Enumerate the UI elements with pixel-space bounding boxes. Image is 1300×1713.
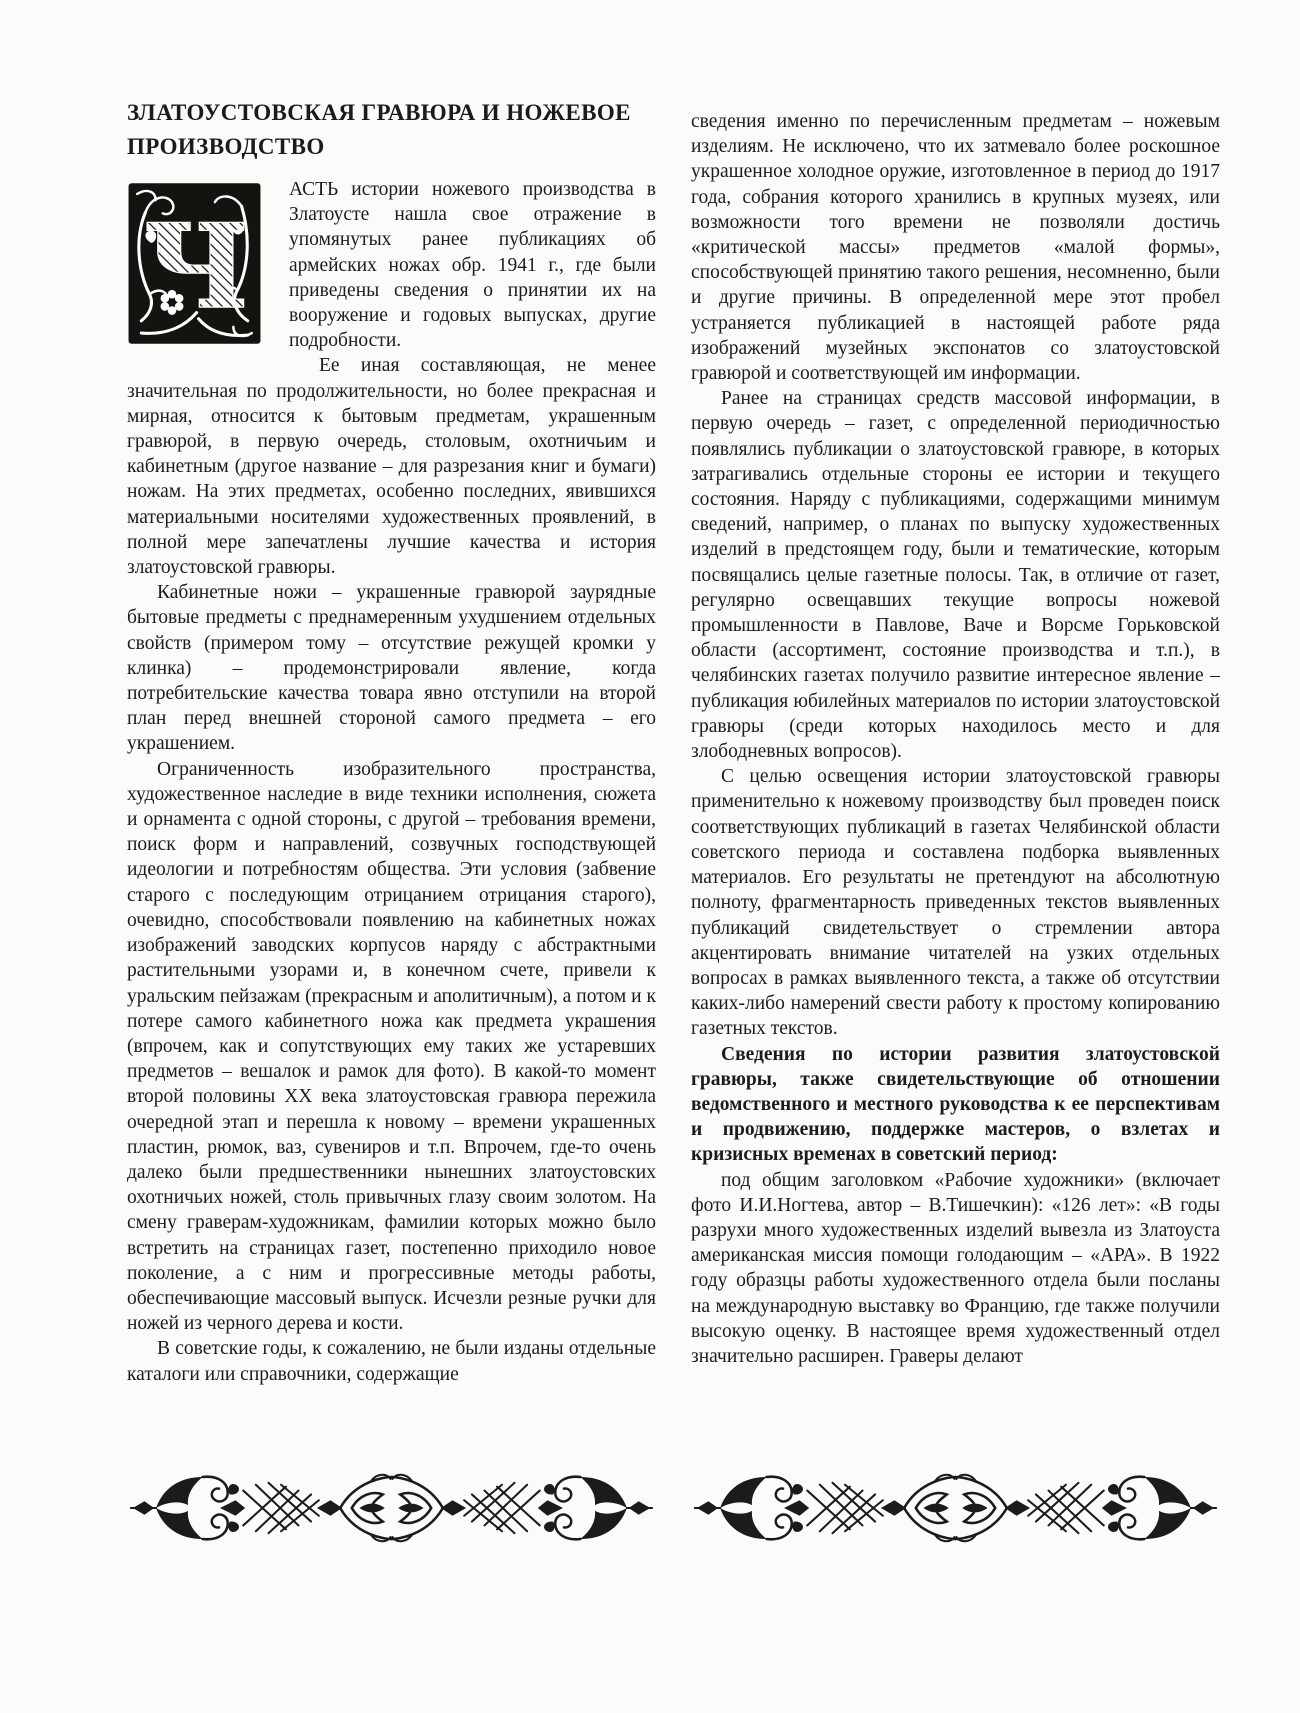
paragraph-bold-lead: Сведения по истории развития златоустовс… — [691, 1042, 1220, 1168]
paragraph: Кабинетные ножи – украшенные гравюрой за… — [127, 580, 656, 756]
arabesque-flourish-icon — [691, 1464, 1220, 1552]
right-column: сведения именно по перечисленным предмет… — [691, 96, 1220, 1458]
paragraph: Ранее на страницах средств массовой инфо… — [691, 386, 1220, 764]
paragraph-text: АСТЬ истории ножевого производства в Зла… — [289, 179, 656, 351]
paragraph: С целью освещения истории златоустовской… — [691, 764, 1220, 1041]
left-column: ЗЛАТОУСТОВСКАЯ ГРАВЮРА И НОЖЕВОЕ ПРОИЗВО… — [127, 96, 656, 1458]
bottom-divider-row — [127, 1464, 1220, 1552]
paragraph-continuation: сведения именно по перечисленным предмет… — [691, 109, 1220, 386]
drop-cap-letter: Ч — [144, 199, 249, 334]
page-title: ЗЛАТОУСТОВСКАЯ ГРАВЮРА И НОЖЕВОЕ ПРОИЗВО… — [127, 96, 656, 164]
drop-cap-initial-icon: Ч — [127, 181, 262, 346]
two-column-text-block: ЗЛАТОУСТОВСКАЯ ГРАВЮРА И НОЖЕВОЕ ПРОИЗВО… — [127, 96, 1220, 1458]
paragraph: Ограниченность изобразительного простран… — [127, 757, 656, 1337]
book-page: ЗЛАТОУСТОВСКАЯ ГРАВЮРА И НОЖЕВОЕ ПРОИЗВО… — [0, 0, 1300, 1713]
paragraph: под общим заголовком «Рабочие художники»… — [691, 1168, 1220, 1370]
paragraph: В советские годы, к сожалению, не были и… — [127, 1336, 656, 1386]
paragraph: Ее иная составляющая, не менее значитель… — [127, 353, 656, 580]
arabesque-flourish-icon — [127, 1464, 656, 1552]
paragraph-dropcap: Ч АСТЬ истории ножевого производства в З… — [127, 177, 656, 353]
